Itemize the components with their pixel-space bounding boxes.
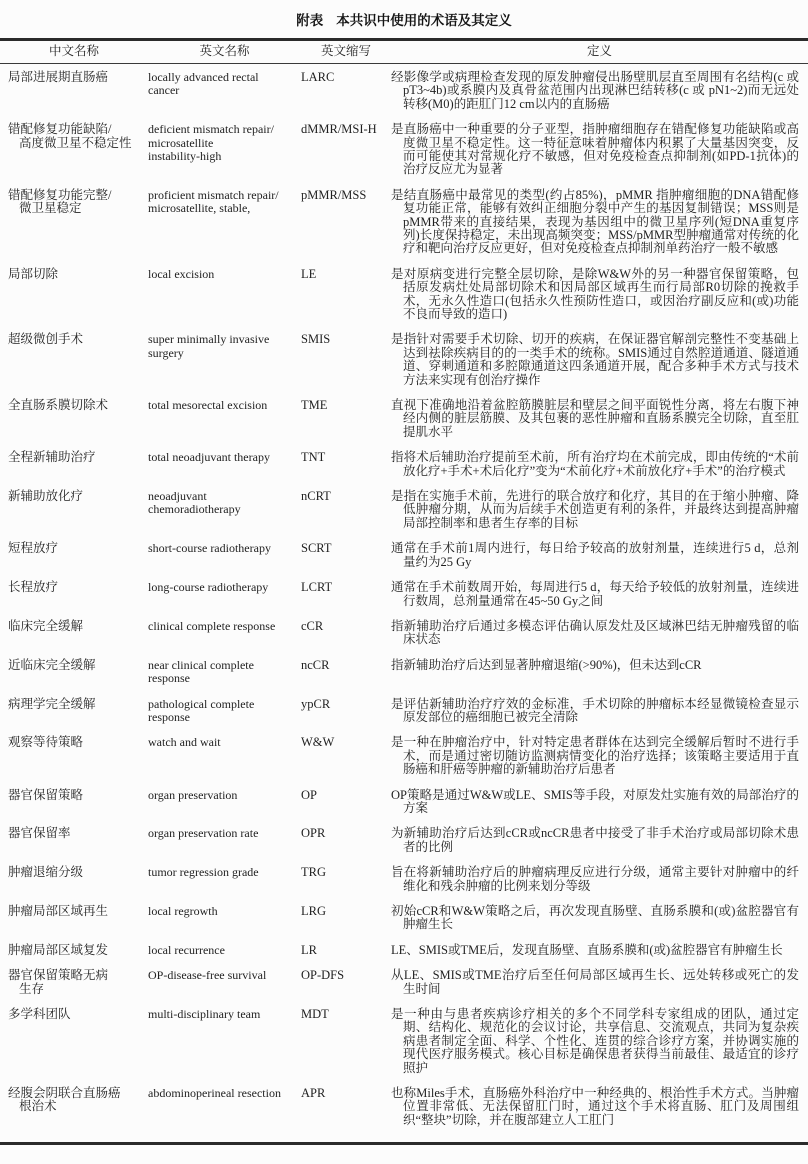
en-name-cell: locally advanced rectal cancer (148, 63, 301, 123)
cn-name-cell: 器官保留策略无病 生存 (0, 969, 148, 1008)
en-name-cell: clinical complete response (148, 620, 301, 659)
table-row: 局部进展期直肠癌 locally advanced rectal cancer … (0, 63, 808, 123)
abbr-cell: SCRT (301, 542, 391, 581)
definition-cell: 指新辅助治疗后通过多模态评估确认原发灶及区域淋巴结无肿瘤残留的临床状态 (391, 620, 808, 659)
table-row: 短程放疗 short-course radiotherapy SCRT 通常在手… (0, 542, 808, 581)
definition-cell: 是指在实施手术前，先进行的联合放疗和化疗，其目的在于缩小肿瘤、降低肿瘤分期，从而… (391, 490, 808, 542)
definition-cell: 指将术后辅助治疗提前至术前，所有治疗均在术前完成，即由传统的“术前放化疗+手术+… (391, 451, 808, 490)
table-row: 器官保留策略无病 生存 OP-disease-free survival OP-… (0, 969, 808, 1008)
abbr-cell: OP (301, 789, 391, 828)
table-row: 全直肠系膜切除术 total mesorectal excision TME 直… (0, 399, 808, 451)
definition-cell: 直视下准确地沿着盆腔筋膜脏层和壁层之间平面锐性分离，将左右腹下神经内侧的脏层筋膜… (391, 399, 808, 451)
header-abbreviation: 英文缩写 (301, 41, 391, 64)
definition-cell: 旨在将新辅助治疗后的肿瘤病理反应进行分级，通常主要针对肿瘤中的纤维化和残余肿瘤的… (391, 866, 808, 905)
table-row: 超级微创手术 super minimally invasive surgery … (0, 333, 808, 399)
en-name-cell: total mesorectal excision (148, 399, 301, 451)
table-row: 错配修复功能完整/ 微卫星稳定 proficient mismatch repa… (0, 189, 808, 268)
abbr-cell: LE (301, 268, 391, 334)
abbr-cell: pMMR/MSS (301, 189, 391, 268)
cn-name-cell: 短程放疗 (0, 542, 148, 581)
cn-name-cell: 局部切除 (0, 268, 148, 334)
abbr-cell: LRG (301, 905, 391, 944)
cn-name-cell: 超级微创手术 (0, 333, 148, 399)
en-name-cell: organ preservation rate (148, 827, 301, 866)
en-name-cell: local excision (148, 268, 301, 334)
terms-table-header: 中文名称 英文名称 英文缩写 定义 (0, 41, 808, 64)
en-name-cell: tumor regression grade (148, 866, 301, 905)
table-row: 错配修复功能缺陷/ 高度微卫星不稳定性 deficient mismatch r… (0, 123, 808, 189)
cn-name-cell: 错配修复功能完整/ 微卫星稳定 (0, 189, 148, 268)
cn-name-cell: 多学科团队 (0, 1008, 148, 1087)
abbr-cell: W&W (301, 736, 391, 788)
definition-cell: 也称Miles手术，直肠癌外科治疗中一种经典的、根治性手术方式。当肿瘤位置非常低… (391, 1087, 808, 1139)
en-name-cell: OP-disease-free survival (148, 969, 301, 1008)
abbr-cell: LR (301, 944, 391, 969)
definition-cell: 是指针对需要手术切除、切开的疾病，在保证器官解剖完整性不变基础上达到祛除疾病目的… (391, 333, 808, 399)
abbr-cell: TRG (301, 866, 391, 905)
table-caption-label: 附表 (296, 13, 323, 28)
definition-cell: 是一种由与患者疾病诊疗相关的多个不同学科专家组成的团队，通过定期、结构化、规范化… (391, 1008, 808, 1087)
table-row: 肿瘤退缩分级 tumor regression grade TRG 旨在将新辅助… (0, 866, 808, 905)
abbr-cell: MDT (301, 1008, 391, 1087)
abbr-cell: TNT (301, 451, 391, 490)
en-name-cell: neoadjuvant chemoradiotherapy (148, 490, 301, 542)
en-name-cell: proficient mismatch repair/ microsatelli… (148, 189, 301, 268)
abbr-cell: OPR (301, 827, 391, 866)
definition-cell: 经影像学或病理检查发现的原发肿瘤侵出肠壁肌层直至周围有名结构(c 或 pT3~4… (391, 63, 808, 123)
cn-name-cell: 长程放疗 (0, 581, 148, 620)
table-row: 长程放疗 long-course radiotherapy LCRT 通常在手术… (0, 581, 808, 620)
abbr-cell: LARC (301, 63, 391, 123)
definition-cell: 初始cCR和W&W策略之后，再次发现直肠壁、直肠系膜和(或)盆腔器官有肿瘤生长 (391, 905, 808, 944)
cn-name-cell: 局部进展期直肠癌 (0, 63, 148, 123)
header-definition: 定义 (391, 41, 808, 64)
abbr-cell: APR (301, 1087, 391, 1139)
cn-name-cell: 全程新辅助治疗 (0, 451, 148, 490)
en-name-cell: deficient mismatch repair/ microsatellit… (148, 123, 301, 189)
cn-name-cell: 经腹会阴联合直肠癌 根治术 (0, 1087, 148, 1139)
cn-name-cell: 近临床完全缓解 (0, 659, 148, 698)
table-row: 肿瘤局部区域复发 local recurrence LR LE、SMIS或TME… (0, 944, 808, 969)
header-cn-name: 中文名称 (0, 41, 148, 64)
definition-cell: LE、SMIS或TME后，发现直肠壁、直肠系膜和(或)盆腔器官有肿瘤生长 (391, 944, 808, 969)
header-en-name: 英文名称 (148, 41, 301, 64)
cn-name-cell: 临床完全缓解 (0, 620, 148, 659)
cn-name-cell: 新辅助放化疗 (0, 490, 148, 542)
definition-cell: 为新辅助治疗后达到cCR或ncCR患者中接受了非手术治疗或局部切除术患者的比例 (391, 827, 808, 866)
abbr-cell: cCR (301, 620, 391, 659)
abbr-cell: dMMR/MSI-H (301, 123, 391, 189)
en-name-cell: near clinical complete response (148, 659, 301, 698)
table-row: 局部切除 local excision LE 是对原病变进行完整全层切除，是除W… (0, 268, 808, 334)
table-row: 新辅助放化疗 neoadjuvant chemoradiotherapy nCR… (0, 490, 808, 542)
table-row: 观察等待策略 watch and wait W&W 是一种在肿瘤治疗中，针对特定… (0, 736, 808, 788)
table-row: 临床完全缓解 clinical complete response cCR 指新… (0, 620, 808, 659)
cn-name-cell: 肿瘤局部区域再生 (0, 905, 148, 944)
document-page: 附表本共识中使用的术语及其定义 中文名称 英文名称 英文缩写 定义 局部进展期直… (0, 0, 808, 1164)
table-row: 多学科团队 multi-disciplinary team MDT 是一种由与患… (0, 1008, 808, 1087)
table-row: 近临床完全缓解 near clinical complete response … (0, 659, 808, 698)
definition-cell: 是结直肠癌中最常见的类型(约占85%)，pMMR 指肿瘤细胞的DNA错配修复功能… (391, 189, 808, 268)
abbr-cell: OP-DFS (301, 969, 391, 1008)
table-caption: 附表本共识中使用的术语及其定义 (0, 0, 808, 30)
en-name-cell: organ preservation (148, 789, 301, 828)
terms-table: 中文名称 英文名称 英文缩写 定义 局部进展期直肠癌 locally advan… (0, 41, 808, 1140)
table-row: 病理学完全缓解 pathological complete response y… (0, 698, 808, 737)
definition-cell: 是一种在肿瘤治疗中，针对特定患者群体在达到完全缓解后暂时不进行手术，而是通过密切… (391, 736, 808, 788)
abbr-cell: ncCR (301, 659, 391, 698)
table-row: 经腹会阴联合直肠癌 根治术 abdominoperineal resection… (0, 1087, 808, 1139)
en-name-cell: local regrowth (148, 905, 301, 944)
table-row: 全程新辅助治疗 total neoadjuvant therapy TNT 指将… (0, 451, 808, 490)
cn-name-cell: 观察等待策略 (0, 736, 148, 788)
definition-cell: 指新辅助治疗后达到显著肿瘤退缩(>90%)，但未达到cCR (391, 659, 808, 698)
en-name-cell: total neoadjuvant therapy (148, 451, 301, 490)
definition-cell: 从LE、SMIS或TME治疗后至任何局部区域再生长、远处转移或死亡的发生时间 (391, 969, 808, 1008)
abbr-cell: nCRT (301, 490, 391, 542)
abbr-cell: TME (301, 399, 391, 451)
en-name-cell: super minimally invasive surgery (148, 333, 301, 399)
header-row: 中文名称 英文名称 英文缩写 定义 (0, 41, 808, 64)
table-row: 器官保留率 organ preservation rate OPR 为新辅助治疗… (0, 827, 808, 866)
en-name-cell: short-course radiotherapy (148, 542, 301, 581)
table-row: 器官保留策略 organ preservation OP OP策略是通过W&W或… (0, 789, 808, 828)
cn-name-cell: 器官保留率 (0, 827, 148, 866)
en-name-cell: pathological complete response (148, 698, 301, 737)
definition-cell: 通常在手术前1周内进行，每日给予较高的放射剂量，连续进行5 d，总剂量约为25 … (391, 542, 808, 581)
cn-name-cell: 肿瘤局部区域复发 (0, 944, 148, 969)
en-name-cell: multi-disciplinary team (148, 1008, 301, 1087)
definition-cell: 是评估新辅助治疗疗效的金标准，手术切除的肿瘤标本经显微镜检查显示原发部位的癌细胞… (391, 698, 808, 737)
cn-name-cell: 病理学完全缓解 (0, 698, 148, 737)
en-name-cell: local recurrence (148, 944, 301, 969)
en-name-cell: long-course radiotherapy (148, 581, 301, 620)
en-name-cell: abdominoperineal resection (148, 1087, 301, 1139)
cn-name-cell: 器官保留策略 (0, 789, 148, 828)
definition-cell: 通常在手术前数周开始，每周进行5 d，每天给予较低的放射剂量，连续进行数周，总剂… (391, 581, 808, 620)
abbr-cell: LCRT (301, 581, 391, 620)
table-caption-title: 本共识中使用的术语及其定义 (336, 13, 512, 28)
table-row: 肿瘤局部区域再生 local regrowth LRG 初始cCR和W&W策略之… (0, 905, 808, 944)
definition-cell: 是直肠癌中一种重要的分子亚型，指肿瘤细胞存在错配修复功能缺陷或高度微卫星不稳定性… (391, 123, 808, 189)
table-bottom-rule (0, 1142, 808, 1145)
definition-cell: OP策略是通过W&W或LE、SMIS等手段，对原发灶实施有效的局部治疗的方案 (391, 789, 808, 828)
definition-cell: 是对原病变进行完整全层切除，是除W&W外的另一种器官保留策略，包括原发病灶处局部… (391, 268, 808, 334)
cn-name-cell: 错配修复功能缺陷/ 高度微卫星不稳定性 (0, 123, 148, 189)
terms-table-body: 局部进展期直肠癌 locally advanced rectal cancer … (0, 63, 808, 1139)
cn-name-cell: 肿瘤退缩分级 (0, 866, 148, 905)
en-name-cell: watch and wait (148, 736, 301, 788)
abbr-cell: SMIS (301, 333, 391, 399)
abbr-cell: ypCR (301, 698, 391, 737)
cn-name-cell: 全直肠系膜切除术 (0, 399, 148, 451)
